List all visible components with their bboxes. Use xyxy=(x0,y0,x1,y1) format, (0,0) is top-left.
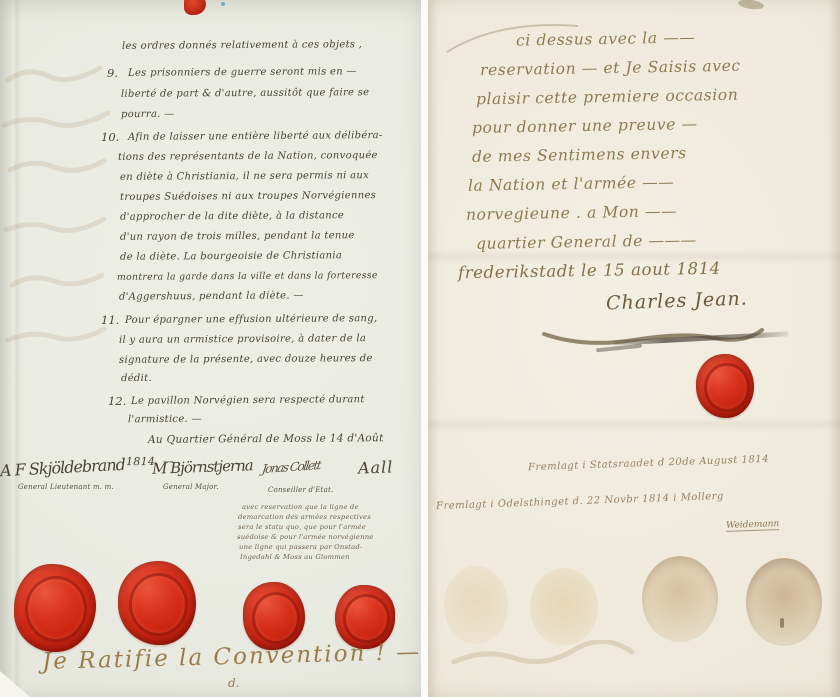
manuscript-line: Pour épargner une effusion ultérieure de… xyxy=(125,313,378,326)
annotation-line: Fremlagt i Odelsthinget d. 22 Novbr 1814… xyxy=(436,491,724,512)
manuscript-line: d'approcher de la dite diète, à la dista… xyxy=(120,210,344,223)
signature-name: Aall xyxy=(358,457,394,477)
reservation-note-line: une ligne qui passera par Onstad- xyxy=(239,543,362,551)
manuscript-line: tions des représentants de la Nation, co… xyxy=(118,150,378,163)
seal-stain xyxy=(642,556,718,642)
manuscript-line: frederikstadt le 15 aout 1814 xyxy=(458,259,721,283)
wax-seal xyxy=(14,564,96,652)
showthrough-writing xyxy=(0,40,120,460)
manuscript-line: reservation — et Je Saisis avec xyxy=(480,57,741,80)
article-number: 9. xyxy=(107,66,118,80)
manuscript-line: la Nation et l'armée —— xyxy=(468,173,675,195)
signature-title: Conseiller d'Etat. xyxy=(268,486,333,494)
manuscript-scan: les ordres donnés relativement à ces obj… xyxy=(0,0,840,697)
signature-title: General Major. xyxy=(163,483,219,491)
charles-jean-signature: Charles Jean. xyxy=(606,288,748,315)
manuscript-line: signature de la présente, avec douze heu… xyxy=(119,353,373,366)
showthrough-writing xyxy=(448,640,638,680)
dateline: Au Quartier Général de Moss le 14 d'Août xyxy=(148,432,384,446)
right-page: ci dessus avec la —— reservation — et Je… xyxy=(428,0,840,697)
manuscript-line: Les prisonniers de guerre seront mis en … xyxy=(128,66,357,79)
manuscript-line: l'armistice. — xyxy=(128,414,202,426)
manuscript-line: de la diète. La bourgeoisie de Christian… xyxy=(120,250,342,263)
manuscript-line: pourra. — xyxy=(121,109,175,120)
signature-name: Jonas Collett xyxy=(261,458,321,476)
manuscript-line: montrera la garde dans la ville et dans … xyxy=(117,270,378,283)
manuscript-line: dédit. xyxy=(121,373,152,384)
manuscript-line: norvegieune . a Mon —— xyxy=(466,202,677,224)
article-number: 10. xyxy=(101,130,119,144)
manuscript-line: Le pavillon Norvégien sera respecté dura… xyxy=(131,394,365,407)
reservation-note-line: sera le statu quo, que pour l'armée xyxy=(238,523,366,531)
reservation-note-line: demarcation des armées respectives xyxy=(238,513,371,521)
manuscript-line: liberté de part & d'autre, aussitôt que … xyxy=(121,87,369,100)
reservation-note-line: suédoise & pour l'armée norvégienne xyxy=(237,533,374,541)
manuscript-line: les ordres donnés relativement à ces obj… xyxy=(122,39,362,52)
manuscript-line: quartier General de ——— xyxy=(476,231,697,253)
manuscript-line: en diète à Christiania, il ne sera permi… xyxy=(120,170,369,183)
signature-name: M Björnstjerna xyxy=(152,456,253,478)
manuscript-line: pour donner une preuve — xyxy=(472,115,698,137)
signature-title: General Lieutenant m. m. xyxy=(18,483,114,491)
ink-smudge-top xyxy=(738,0,765,11)
page-gap xyxy=(421,0,428,697)
annotation-signature: Weidemann xyxy=(726,519,780,532)
article-number: 12. xyxy=(108,394,126,408)
manuscript-line: d'Aggershuus, pendant la diète. — xyxy=(119,290,304,302)
manuscript-line: ci dessus avec la —— xyxy=(516,28,696,49)
annotation-line: Fremlagt i Statsraadet d 20de August 181… xyxy=(528,454,769,473)
left-page: les ordres donnés relativement à ces obj… xyxy=(0,0,421,697)
article-number: 11. xyxy=(101,313,119,327)
manuscript-line: il y aura un armistice provisoire, à dat… xyxy=(119,333,366,346)
manuscript-line: de mes Sentimens envers xyxy=(472,144,687,166)
seal-stain xyxy=(746,558,822,646)
wax-remnant xyxy=(184,0,206,15)
manuscript-line: troupes Suédoises ni aux troupes Norvégi… xyxy=(120,190,376,203)
ratification-mark: d. xyxy=(228,676,240,690)
manuscript-line: d'un rayon de trois milles, pendant la t… xyxy=(120,230,355,243)
wax-seal xyxy=(243,582,305,650)
reservation-note-line: Ingedahl & Moss au Glommen xyxy=(240,553,350,561)
stain-speck xyxy=(780,618,784,628)
manuscript-line: Afin de laisser une entière liberté aux … xyxy=(128,130,383,143)
seal-stain xyxy=(444,566,508,644)
blue-ink-speck xyxy=(221,2,225,6)
page-corner-fold xyxy=(0,671,30,697)
reservation-note-line: avec reservation que la ligne de xyxy=(242,503,359,511)
wax-seal xyxy=(696,354,754,418)
manuscript-line: plaisir cette premiere occasion xyxy=(476,86,739,109)
seal-stain xyxy=(530,568,598,646)
ratification-line: Je Ratifie la Convention ! — xyxy=(42,639,421,675)
wax-seal xyxy=(118,561,196,645)
